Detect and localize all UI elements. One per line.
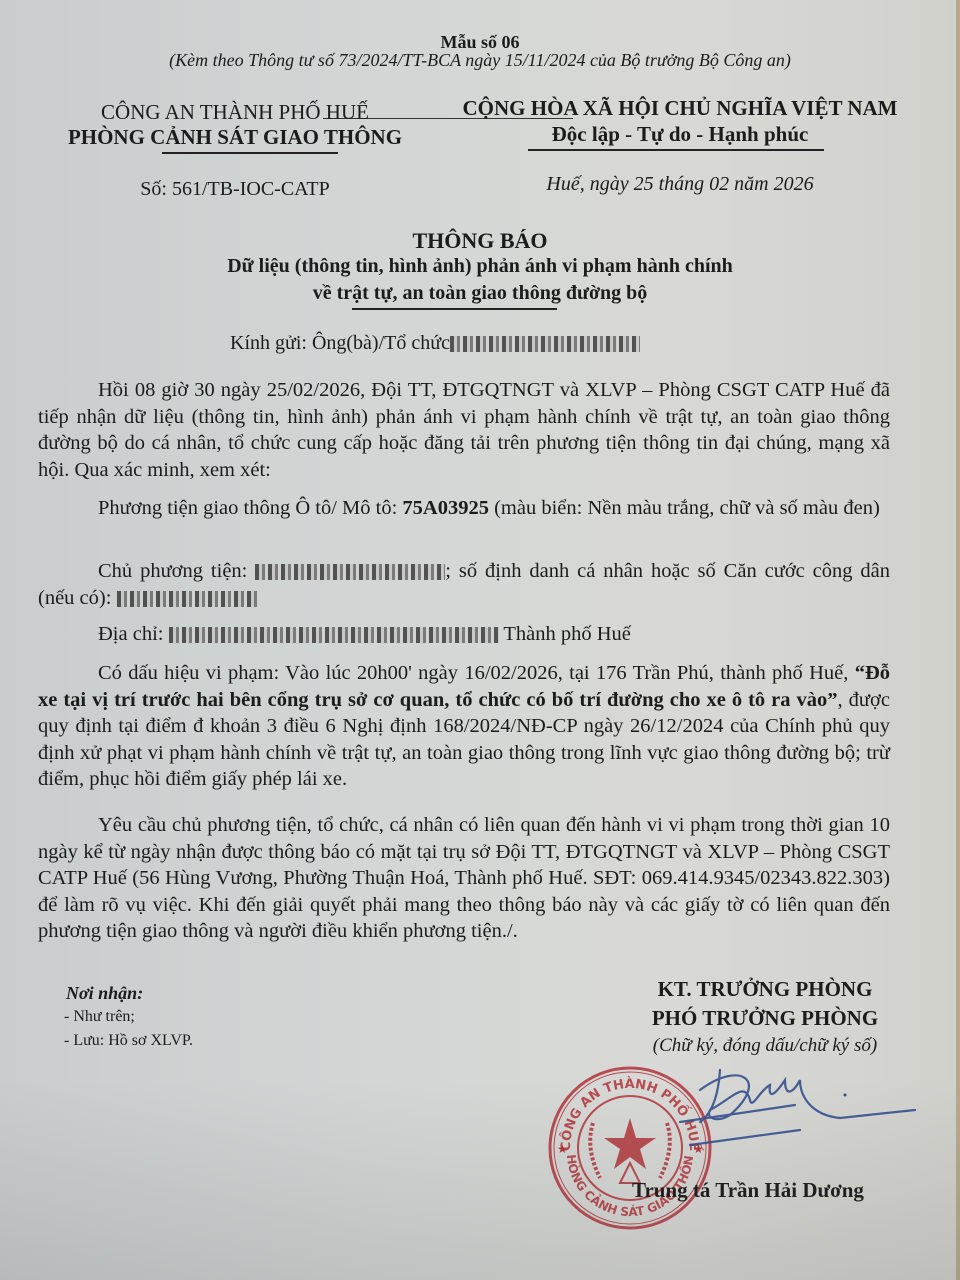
vehicle-label: Phương tiện giao thông Ô tô/ Mô tô: — [98, 497, 402, 519]
signature-title: KT. TRƯỞNG PHÒNG — [600, 977, 930, 1002]
agency-parent: CÔNG AN THÀNH PHỐ HUẾ — [40, 100, 430, 125]
handwritten-signature-icon — [660, 1060, 920, 1160]
recipients-heading: Nơi nhận: — [66, 983, 143, 1004]
place-date: Huế, ngày 25 tháng 02 năm 2026 — [430, 173, 930, 196]
agency-name: PHÒNG CẢNH SÁT GIAO THÔNG — [40, 125, 430, 150]
paragraph-address: Địa chỉ: Thành phố Huế — [38, 621, 890, 648]
divider — [162, 152, 338, 154]
paragraph-request: Yêu cầu chủ phương tiện, tổ chức, cá nhâ… — [38, 812, 890, 945]
divider — [528, 149, 824, 151]
violation-intro: Có dấu hiệu vi phạm: Vào lúc 20h00' ngày… — [98, 662, 855, 684]
redacted-recipient — [450, 336, 640, 352]
document-number: Số: 561/TB-IOC-CATP — [40, 178, 430, 201]
plate-description: (màu biển: Nền màu trắng, chữ và số màu … — [489, 497, 880, 519]
paragraph-text: Hồi 08 giờ 30 ngày 25/02/2026, Đội TT, Đ… — [38, 377, 890, 483]
signature-note: (Chữ ký, đóng dấu/chữ ký số) — [600, 1035, 930, 1057]
paragraph-text: Yêu cầu chủ phương tiện, tổ chức, cá nhâ… — [38, 812, 890, 945]
redacted-id — [117, 591, 257, 607]
nation-title: CỘNG HÒA XÃ HỘI CHỦ NGHĨA VIỆT NAM — [430, 96, 930, 121]
signature-position: PHÓ TRƯỞNG PHÒNG — [600, 1006, 930, 1031]
address-label: Địa chỉ: — [98, 623, 169, 645]
salutation-label: Kính gửi: Ông(bà)/Tổ chức — [230, 332, 450, 354]
signer-name: Trung tá Trần Hải Dương — [632, 1178, 864, 1203]
paragraph-intake: Hồi 08 giờ 30 ngày 25/02/2026, Đội TT, Đ… — [38, 377, 890, 483]
svg-text:★: ★ — [557, 1142, 568, 1156]
redacted-owner — [255, 564, 445, 580]
paragraph-violation: Có dấu hiệu vi phạm: Vào lúc 20h00' ngày… — [38, 660, 890, 793]
salutation: Kính gửi: Ông(bà)/Tổ chức — [230, 332, 640, 355]
recipient-item: - Như trên; — [64, 1008, 135, 1026]
document-subtitle: Dữ liệu (thông tin, hình ảnh) phản ánh v… — [0, 255, 960, 278]
paragraph-owner: Chủ phương tiện: ; số định danh cá nhân … — [38, 558, 890, 611]
license-plate: 75A03925 — [402, 497, 489, 519]
owner-label: Chủ phương tiện: — [98, 560, 255, 582]
motto: Độc lập - Tự do - Hạnh phúc — [430, 122, 930, 147]
document-title: THÔNG BÁO — [0, 228, 960, 254]
address-city: Thành phố Huế — [499, 623, 631, 645]
paper-edge — [956, 0, 960, 1280]
document-subtitle: về trật tự, an toàn giao thông đường bộ — [0, 282, 960, 305]
recipient-item: - Lưu: Hồ sơ XLVP. — [64, 1032, 193, 1050]
redacted-address — [169, 627, 499, 643]
divider — [352, 308, 557, 310]
form-reference: (Kèm theo Thông tư số 73/2024/TT-BCA ngà… — [0, 50, 960, 71]
paragraph-vehicle: Phương tiện giao thông Ô tô/ Mô tô: 75A0… — [38, 495, 890, 522]
